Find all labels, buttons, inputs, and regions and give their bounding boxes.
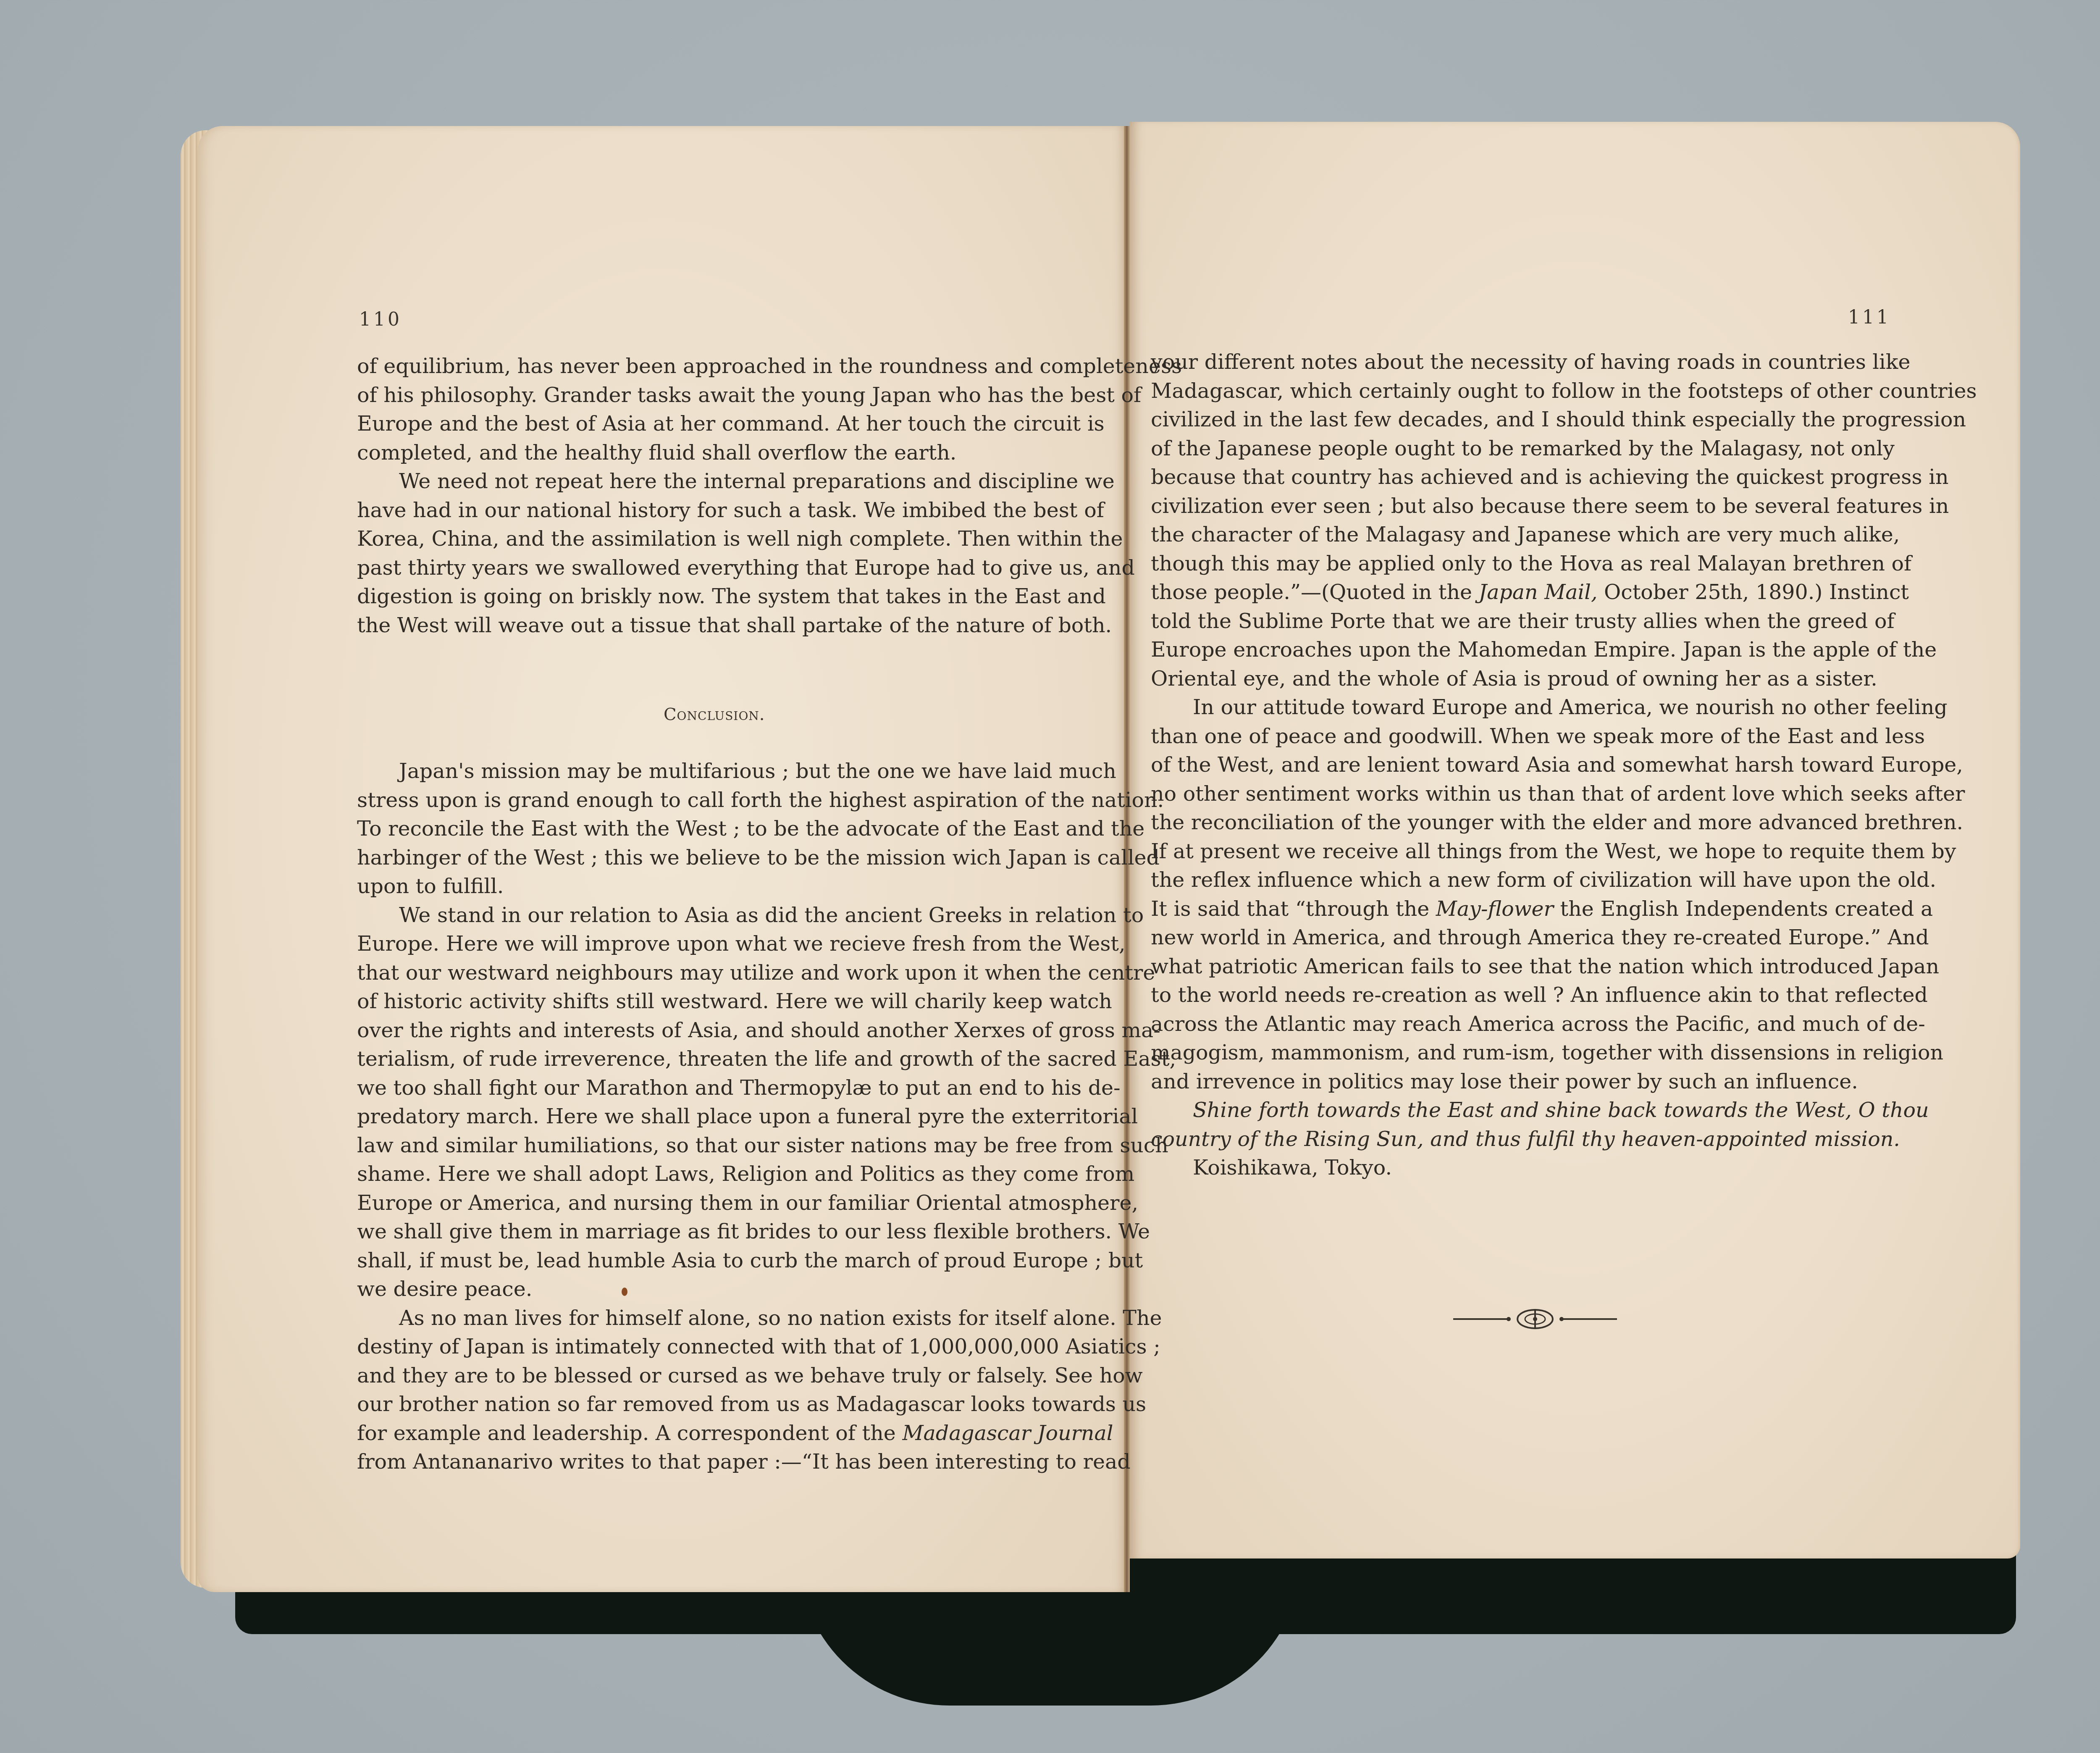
text-line: Oriental eye, and the whole of Asia is p…	[1151, 665, 1894, 694]
text-line: To reconcile the East with the West ; to…	[357, 815, 1092, 844]
text-line: the West will weave out a tissue that sh…	[357, 611, 1092, 640]
left-text-block-2: Japan's mission may be multifarious ; bu…	[357, 757, 1092, 1477]
text-line: and irrevence in politics may lose their…	[1151, 1067, 1894, 1096]
text-line: Japan's mission may be multifarious ; bu…	[357, 757, 1092, 786]
text-line: the character of the Malagasy and Japane…	[1151, 520, 1894, 549]
text-line: completed, and the healthy fluid shall o…	[357, 439, 1092, 468]
text-line: stress upon is grand enough to call fort…	[357, 786, 1092, 815]
text-line: We need not repeat here the internal pre…	[357, 467, 1092, 496]
text-line: If at present we receive all things from…	[1151, 837, 1894, 866]
text-line: shall, if must be, lead humble Asia to c…	[357, 1246, 1092, 1275]
text-line: shame. Here we shall adopt Laws, Religio…	[357, 1160, 1092, 1189]
italic-ship-name-mayflower: May-flower	[1436, 897, 1554, 921]
left-text-block-1: of equilibrium, has never been approache…	[357, 352, 1092, 640]
text-line: though this may be applied only to the H…	[1151, 549, 1894, 578]
text-line: than one of peace and goodwill. When we …	[1151, 722, 1894, 751]
text-line: upon to fulfill.	[357, 872, 1092, 901]
text-line-with-italic: those people.”—(Quoted in the Japan Mail…	[1151, 578, 1894, 607]
text-line: because that country has achieved and is…	[1151, 463, 1894, 492]
text-line: of equilibrium, has never been approache…	[357, 352, 1092, 381]
text-line: harbinger of the West ; this we believe …	[357, 844, 1092, 873]
text-line: the reconciliation of the younger with t…	[1151, 808, 1894, 837]
italic-title-japan-mail: Japan Mail,	[1479, 580, 1598, 604]
section-heading-conclusion: Conclusion.	[664, 705, 765, 724]
text-line: the reflex influence which a new form of…	[1151, 866, 1894, 895]
text-line: our brother nation so far removed from u…	[357, 1390, 1092, 1419]
text-line: of historic activity shifts still westwa…	[357, 987, 1092, 1016]
text-line: digestion is going on briskly now. The s…	[357, 582, 1092, 611]
text-line: we desire peace.	[357, 1275, 1092, 1304]
text-line: of the Japanese people ought to be remar…	[1151, 434, 1894, 463]
text-line: Europe encroaches upon the Mahomedan Emp…	[1151, 636, 1894, 665]
text-line: Europe and the best of Asia at her comma…	[357, 410, 1092, 439]
text-line: no other sentiment works within us than …	[1151, 780, 1894, 809]
text-line: we too shall fight our Marathon and Ther…	[357, 1074, 1092, 1103]
text-line: Korea, China, and the assimilation is we…	[357, 525, 1092, 554]
text-line: told the Sublime Porte that we are their…	[1151, 607, 1894, 636]
right-text-block: your different notes about the necessity…	[1151, 348, 1894, 1183]
text-line: predatory march. Here we shall place upo…	[357, 1102, 1092, 1131]
text-line: magogism, mammonism, and rum-ism, togeth…	[1151, 1038, 1894, 1067]
text-line: terialism, of rude irreverence, threaten…	[357, 1045, 1092, 1074]
text-line: In our attitude toward Europe and Americ…	[1151, 693, 1894, 722]
text-line: of the West, and are lenient toward Asia…	[1151, 751, 1894, 780]
text-line: of his philosophy. Grander tasks await t…	[357, 381, 1092, 410]
tailpiece-ornament-icon	[1453, 1306, 1617, 1332]
text-line: and they are to be blessed or cursed as …	[357, 1361, 1092, 1390]
text-line-with-italic: for example and leadership. A correspond…	[357, 1419, 1092, 1448]
text-line: from Antananarivo writes to that paper :…	[357, 1448, 1092, 1477]
text-line: new world in America, and through Americ…	[1151, 923, 1894, 952]
text-line: to the world needs re-creation as well ?…	[1151, 981, 1894, 1010]
text-line: we shall give them in marriage as fit br…	[357, 1217, 1092, 1246]
italic-title-madagascar-journal: Madagascar Journal	[902, 1421, 1113, 1445]
closing-italic-line: country of the Rising Sun, and thus fulf…	[1151, 1125, 1894, 1154]
ink-stain	[622, 1288, 627, 1296]
text-line: destiny of Japan is intimately connected…	[357, 1332, 1092, 1361]
text-line: have had in our national history for suc…	[357, 496, 1092, 525]
text-line: civilization ever seen ; but also becaus…	[1151, 492, 1894, 521]
text-line: your different notes about the necessity…	[1151, 348, 1894, 377]
text-line: We stand in our relation to Asia as did …	[357, 901, 1092, 930]
text-line: what patriotic American fails to see tha…	[1151, 952, 1894, 981]
closing-italic-line: Shine forth towards the East and shine b…	[1151, 1096, 1894, 1125]
text-line: civilized in the last few decades, and I…	[1151, 405, 1894, 434]
text-line: Europe or America, and nursing them in o…	[357, 1189, 1092, 1218]
page-number-left: 110	[359, 309, 402, 330]
page-number-right: 111	[1848, 307, 1891, 328]
text-line: As no man lives for himself alone, so no…	[357, 1304, 1092, 1333]
text-line: Madagascar, which certainly ought to fol…	[1151, 377, 1894, 406]
text-line: law and similar humiliations, so that ou…	[357, 1131, 1092, 1160]
text-line: past thirty years we swallowed everythin…	[357, 554, 1092, 583]
text-line: Europe. Here we will improve upon what w…	[357, 930, 1092, 959]
text-line: across the Atlantic may reach America ac…	[1151, 1010, 1894, 1039]
text-line: that our westward neighbours may utilize…	[357, 959, 1092, 988]
signature-place: Koishikawa, Tokyo.	[1151, 1154, 1894, 1183]
text-line-with-italic: It is said that “through the May-flower …	[1151, 895, 1894, 924]
text-line: over the rights and interests of Asia, a…	[357, 1016, 1092, 1045]
